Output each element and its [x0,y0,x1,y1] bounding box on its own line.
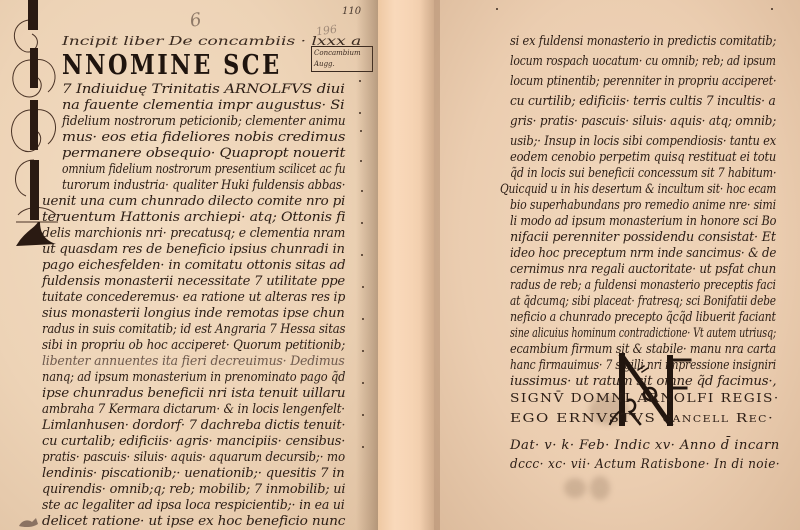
text-line: lendinis· piscationib;· uenationib;· que… [42,466,345,482]
text-line: eodem cenobio perpetim quisq restituat e… [510,150,776,166]
prick-mark [362,414,364,416]
pencil-mark-top: 6 [188,9,203,32]
margin-note-line: abbatis sui comparat [314,70,370,72]
text-line: quirendis· omnib;q; reb; mobilib; 7 inmo… [42,482,345,498]
text-line: ideo hoc preceptum nrm inde sancimus· & … [510,246,776,262]
text-line: uenit una cum chunrado dilecto comite nr… [42,194,345,210]
chancellor-line: EGO ERNVSTVS cancell Rec· [510,410,774,426]
text-line: li modo ad ipsum monasterium in honore s… [510,214,776,230]
text-line: 7 Indiuiduę Trinitatis ARNOLFVS diui [62,82,345,98]
text-line: fuldensis monasterii necessitate 7 utili… [42,274,345,290]
left-page: 6 110 196 Incipit liber De concambiis · … [0,0,378,530]
text-line: delicet ratione· ut ipse ex hoc benefici… [42,514,345,530]
text-line: libenter annuentes ita fieri decreuimus·… [42,354,345,370]
text-line: mus· eos etia fideliores nobis credimus [62,130,345,146]
in-nomine-headline: NNOMINE SCE [62,50,282,81]
text-line: at q̃dcumq; sibi placeat· fratresq; sci … [510,294,776,310]
text-line: neficio a chunrado precepto q̃cq̃d libue… [510,310,776,326]
text-line: usib;· Insup in locis sibi compendiosis·… [510,134,776,150]
prick-mark [771,8,773,10]
text-line: bio superhabundans pro remedio anime nre… [510,198,776,214]
text-line: nifacii perenniter possidendu consistat·… [510,230,776,246]
text-line: cu curtalib; edificiis· agris· mancipiis… [42,434,345,450]
text-line: gris· pratis· pascuis· siluis· aquis· at… [510,114,776,130]
dating-line: dccc· xc· vii· Actum Ratisbone· In di no… [510,457,780,473]
stain [590,476,610,500]
prick-mark [362,318,364,320]
margin-note-box: Concambium Augg. abbatis sui comparat [311,46,373,72]
text-line: sibi in propriu ob hoc acciperet· Quorum… [42,338,345,354]
text-line: radus in suis comitatib; id est Angraria… [42,322,345,338]
text-line: Limlanhusen· dordorf· 7 dachreba dictis … [42,418,345,434]
prick-mark [362,382,364,384]
text-line: na fauente clementia impr augustus· Si [62,98,344,114]
prick-mark [496,8,498,10]
text-line: cernimus nra regali auctoritate· ut psfa… [510,262,776,278]
text-line: fidelium nostrorum peticionib; clementer… [62,114,345,130]
text-line: ambraha 7 Kermara dictarum· & in locis l… [42,402,345,418]
text-line: locum ptinentib; perenniter in propriu a… [510,74,776,90]
text-line: locum rospach uocatum· cu omnib; reb; ad… [510,54,776,70]
prick-mark [362,446,364,448]
text-line: sine alicuius hominum contradictione· Vt… [510,326,776,342]
manuscript-spread: 6 110 196 Incipit liber De concambiis · … [0,0,800,530]
text-line: ipse chunradus beneficii nri ista tenuit… [42,386,345,402]
prick-mark [360,160,362,162]
dating-line: Dat· v· k· Feb· Indic xv· Anno d̄ incarn [510,438,780,454]
prick-mark [361,254,363,256]
text-line: nanq; ad ipsum monasterium in prenominat… [42,370,345,386]
prick-mark [362,286,364,288]
text-line: teruentum Hattonis archiepi· atq; Ottoni… [42,210,345,226]
text-line: sius monasterii longius inde remotas ips… [42,306,345,322]
prick-mark [362,350,364,352]
prick-mark [361,222,363,224]
text-line: omnium fidelium nostrorum presentium sci… [62,162,345,178]
prick-mark [360,130,362,132]
text-line: cu curtilib; edificiis· terris cultis 7 … [510,94,776,110]
prick-mark [359,80,361,82]
margin-note-line: Concambium Augg. [314,48,370,70]
marginal-doodle-icon [18,516,40,528]
text-line: delis marchionis nri· precatusq; e cleme… [42,226,345,242]
gutter-shadow [420,0,434,530]
folio-number: 110 [342,6,361,17]
text-line: si ex fuldensi monasterio in predictis c… [510,34,776,50]
text-line: pratis· pascuis· siluis· aquis· aquarum … [42,450,345,466]
stain [564,478,586,498]
text-line: radus de reb; a fuldensi monasterio prec… [510,278,776,294]
text-line: tuitate concederemus· ea ratione ut alte… [42,290,345,306]
text-line: ut quasdam res de beneficio ipsius chunr… [42,242,345,258]
text-line: ste ac legaliter ad ipsa loca respicient… [42,498,345,514]
text-line: q̃d in locis sui beneficii concessum sit… [510,166,776,182]
prick-mark [359,112,361,114]
text-line: permanere obsequio· Quapropt nouerit [62,146,345,162]
text-line: Quicquid u in his desertum & incultum si… [500,182,776,198]
signum-line: SIGNV̄ DOMNI ARNOLFI REGIS· [510,390,780,406]
prick-mark [361,190,363,192]
text-line: pago eichesfelden· in comitatu ottonis s… [42,258,345,274]
text-line: turorum industria· qualiter Huki fuldens… [62,178,345,194]
